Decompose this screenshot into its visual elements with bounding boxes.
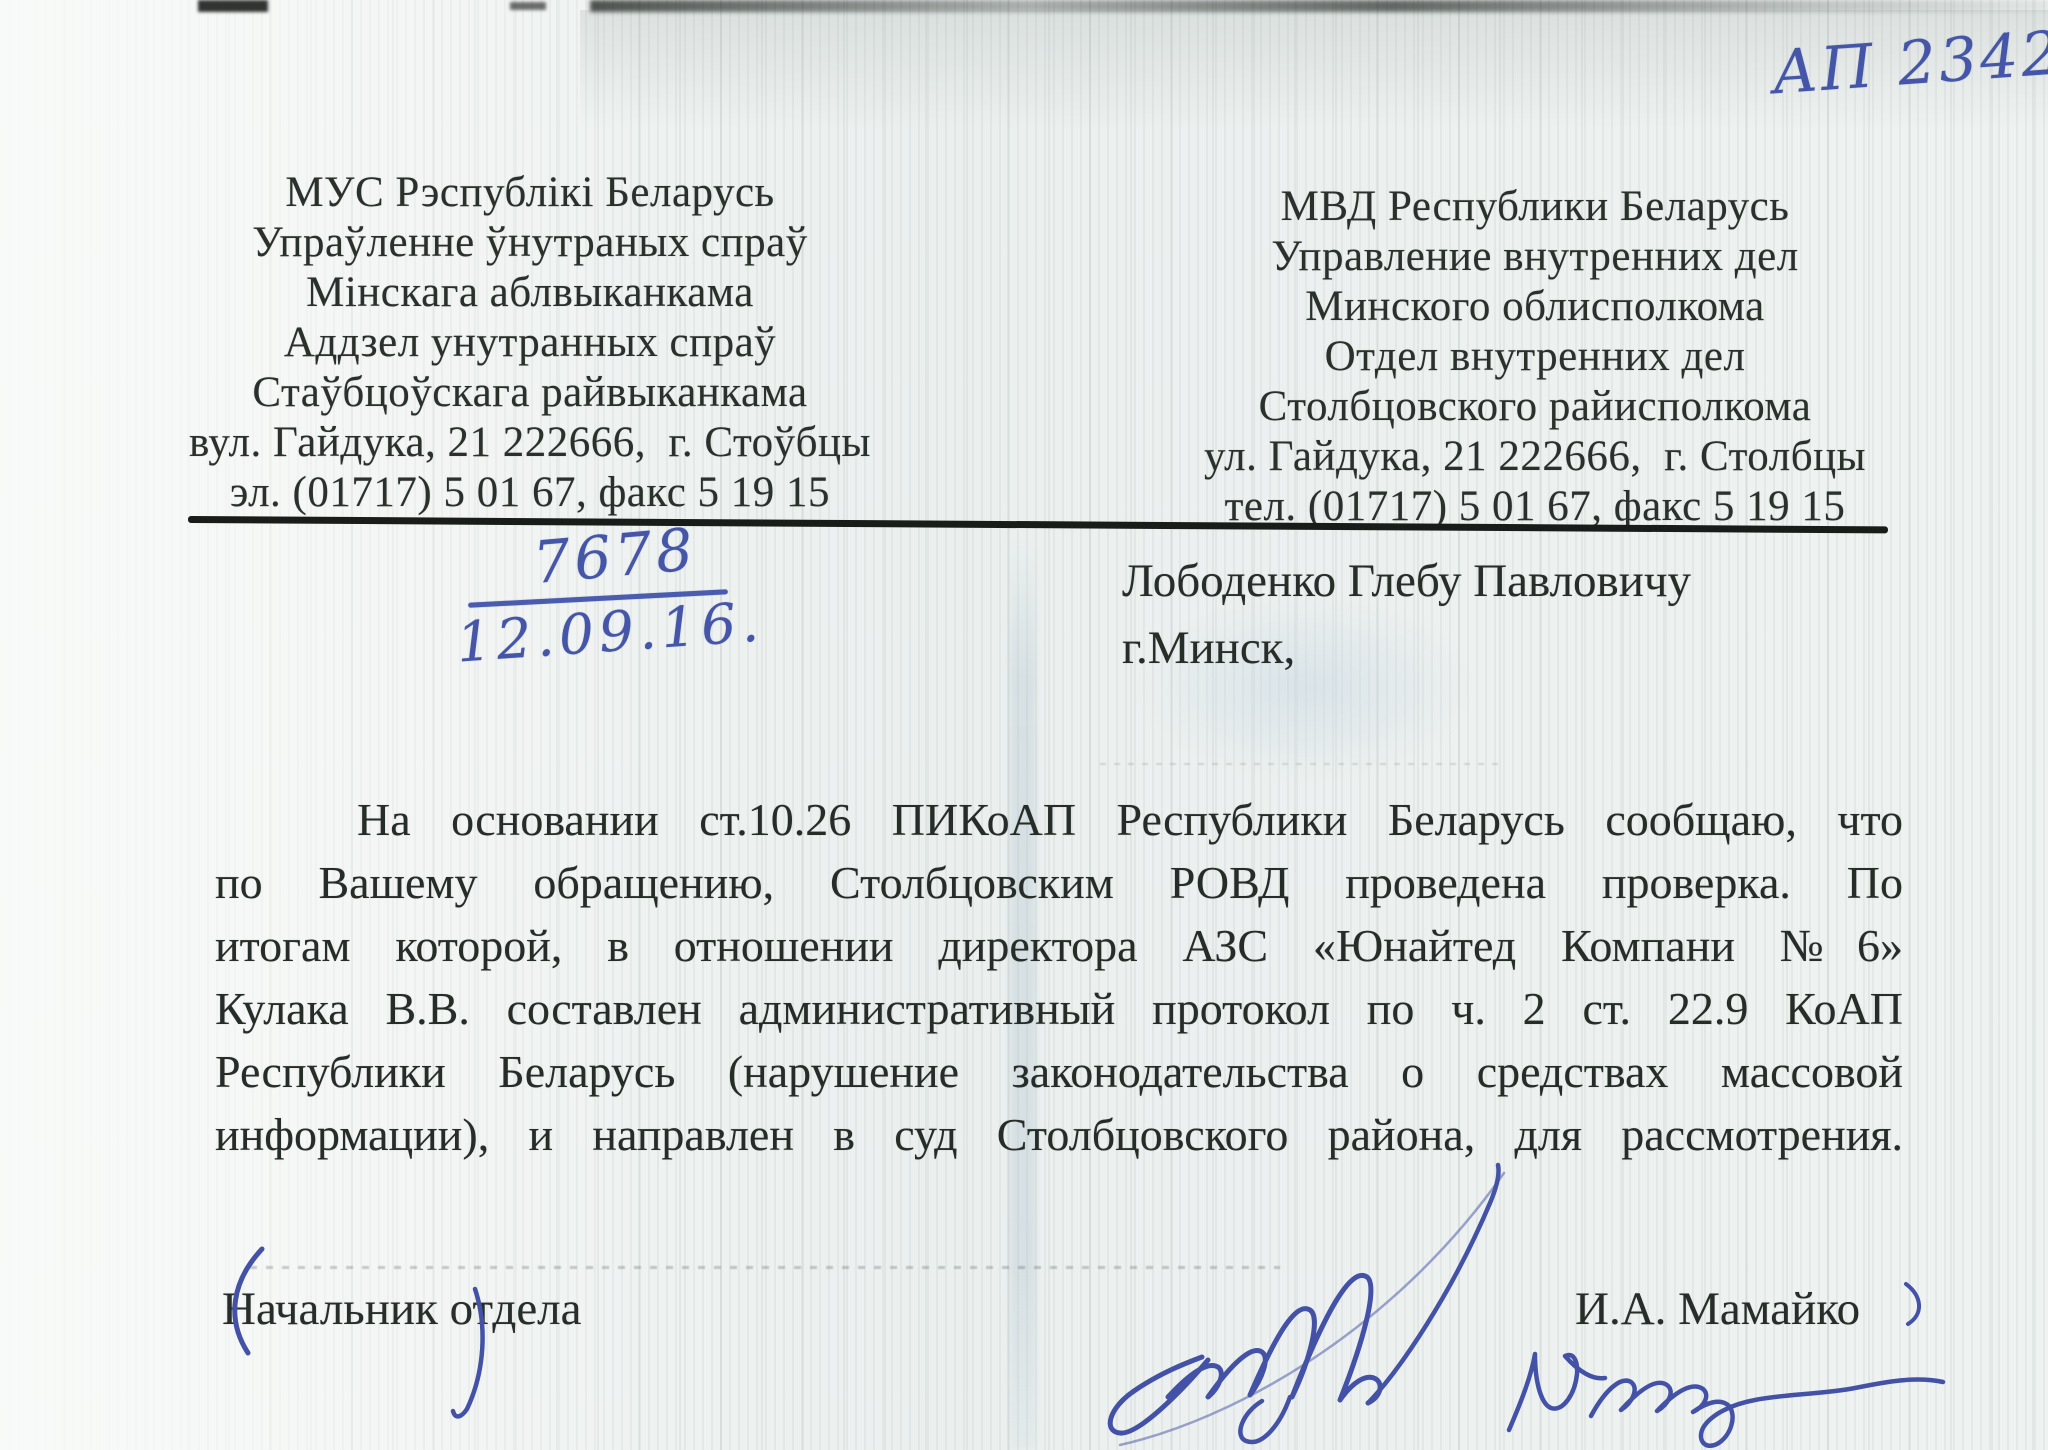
recipient-name: Лободенко Глебу Павловичу — [1122, 548, 1882, 615]
letterhead-line: МУС Рэспублікі Беларусь — [140, 168, 920, 218]
signer-name: И.А. Мамайко — [1575, 1282, 1860, 1336]
body-line: по Вашему обращению, Столбцовским РОВД п… — [215, 851, 1903, 914]
letterhead-line: Стаўбцоўскага райвыканкама — [140, 368, 920, 418]
letterhead-line: Минского облисполкома — [1140, 282, 1930, 332]
body-line: Кулака В.В. составлен административный п… — [215, 977, 1903, 1040]
letterhead-phone-line: эл. (01717) 5 01 67, факс 5 19 15 — [140, 468, 920, 518]
signature-scribble-center — [1090, 1145, 1525, 1450]
body-line: информации), и направлен в суд Столбцовс… — [215, 1103, 1903, 1166]
body-line: Республики Беларусь (нарушение законодат… — [215, 1040, 1903, 1103]
pen-stroke-mark — [445, 1285, 495, 1425]
recipient-block: Лободенко Глебу Павловичу г.Минск, — [1122, 548, 1882, 682]
letterhead-address-line: ул. Гайдука, 21 222666, г. Столбцы — [1140, 432, 1930, 482]
letterhead-line: Столбцовского райисполкома — [1140, 382, 1930, 432]
letterhead-belarusian: МУС Рэспублікі Беларусь Упраўленне ўнутр… — [140, 168, 920, 518]
body-line: итогам которой, в отношении директора АЗ… — [215, 914, 1903, 977]
pen-tick-mark — [1898, 1280, 1932, 1328]
signature-scribble-right — [1495, 1332, 1975, 1450]
letterhead-line: Аддзел унутранных спраў — [140, 318, 920, 368]
recipient-city: г.Минск, — [1122, 615, 1882, 682]
scan-edge-mark — [198, 0, 268, 12]
scan-edge-band — [590, 0, 2048, 12]
letterhead-russian: МВД Республики Беларусь Управление внутр… — [1140, 182, 1930, 532]
letterhead-line: Управление внутренних дел — [1140, 232, 1930, 282]
handwritten-stamp-number: АП 2342 — [1770, 18, 2048, 109]
scan-edge-mark — [510, 2, 546, 10]
letterhead-line: Упраўленне ўнутраных спраў — [140, 218, 920, 268]
letterhead-line: Отдел внутренних дел — [1140, 332, 1930, 382]
pen-parenthesis-mark — [212, 1243, 272, 1358]
signer-position-title: Начальник отдела — [222, 1282, 582, 1336]
letterhead-address-line: вул. Гайдука, 21 222666, г. Стоўбцы — [140, 418, 920, 468]
letterhead-line: Мінскага аблвыканкама — [140, 268, 920, 318]
letterhead-line: МВД Республики Беларусь — [1140, 182, 1930, 232]
body-paragraph: На основании ст.10.26 ПИКоАП Республики … — [215, 788, 1903, 1166]
scanned-letter-page: АП 2342 МУС Рэспублікі Беларусь Упраўлен… — [0, 0, 2048, 1450]
body-line: На основании ст.10.26 ПИКоАП Республики … — [215, 788, 1903, 851]
